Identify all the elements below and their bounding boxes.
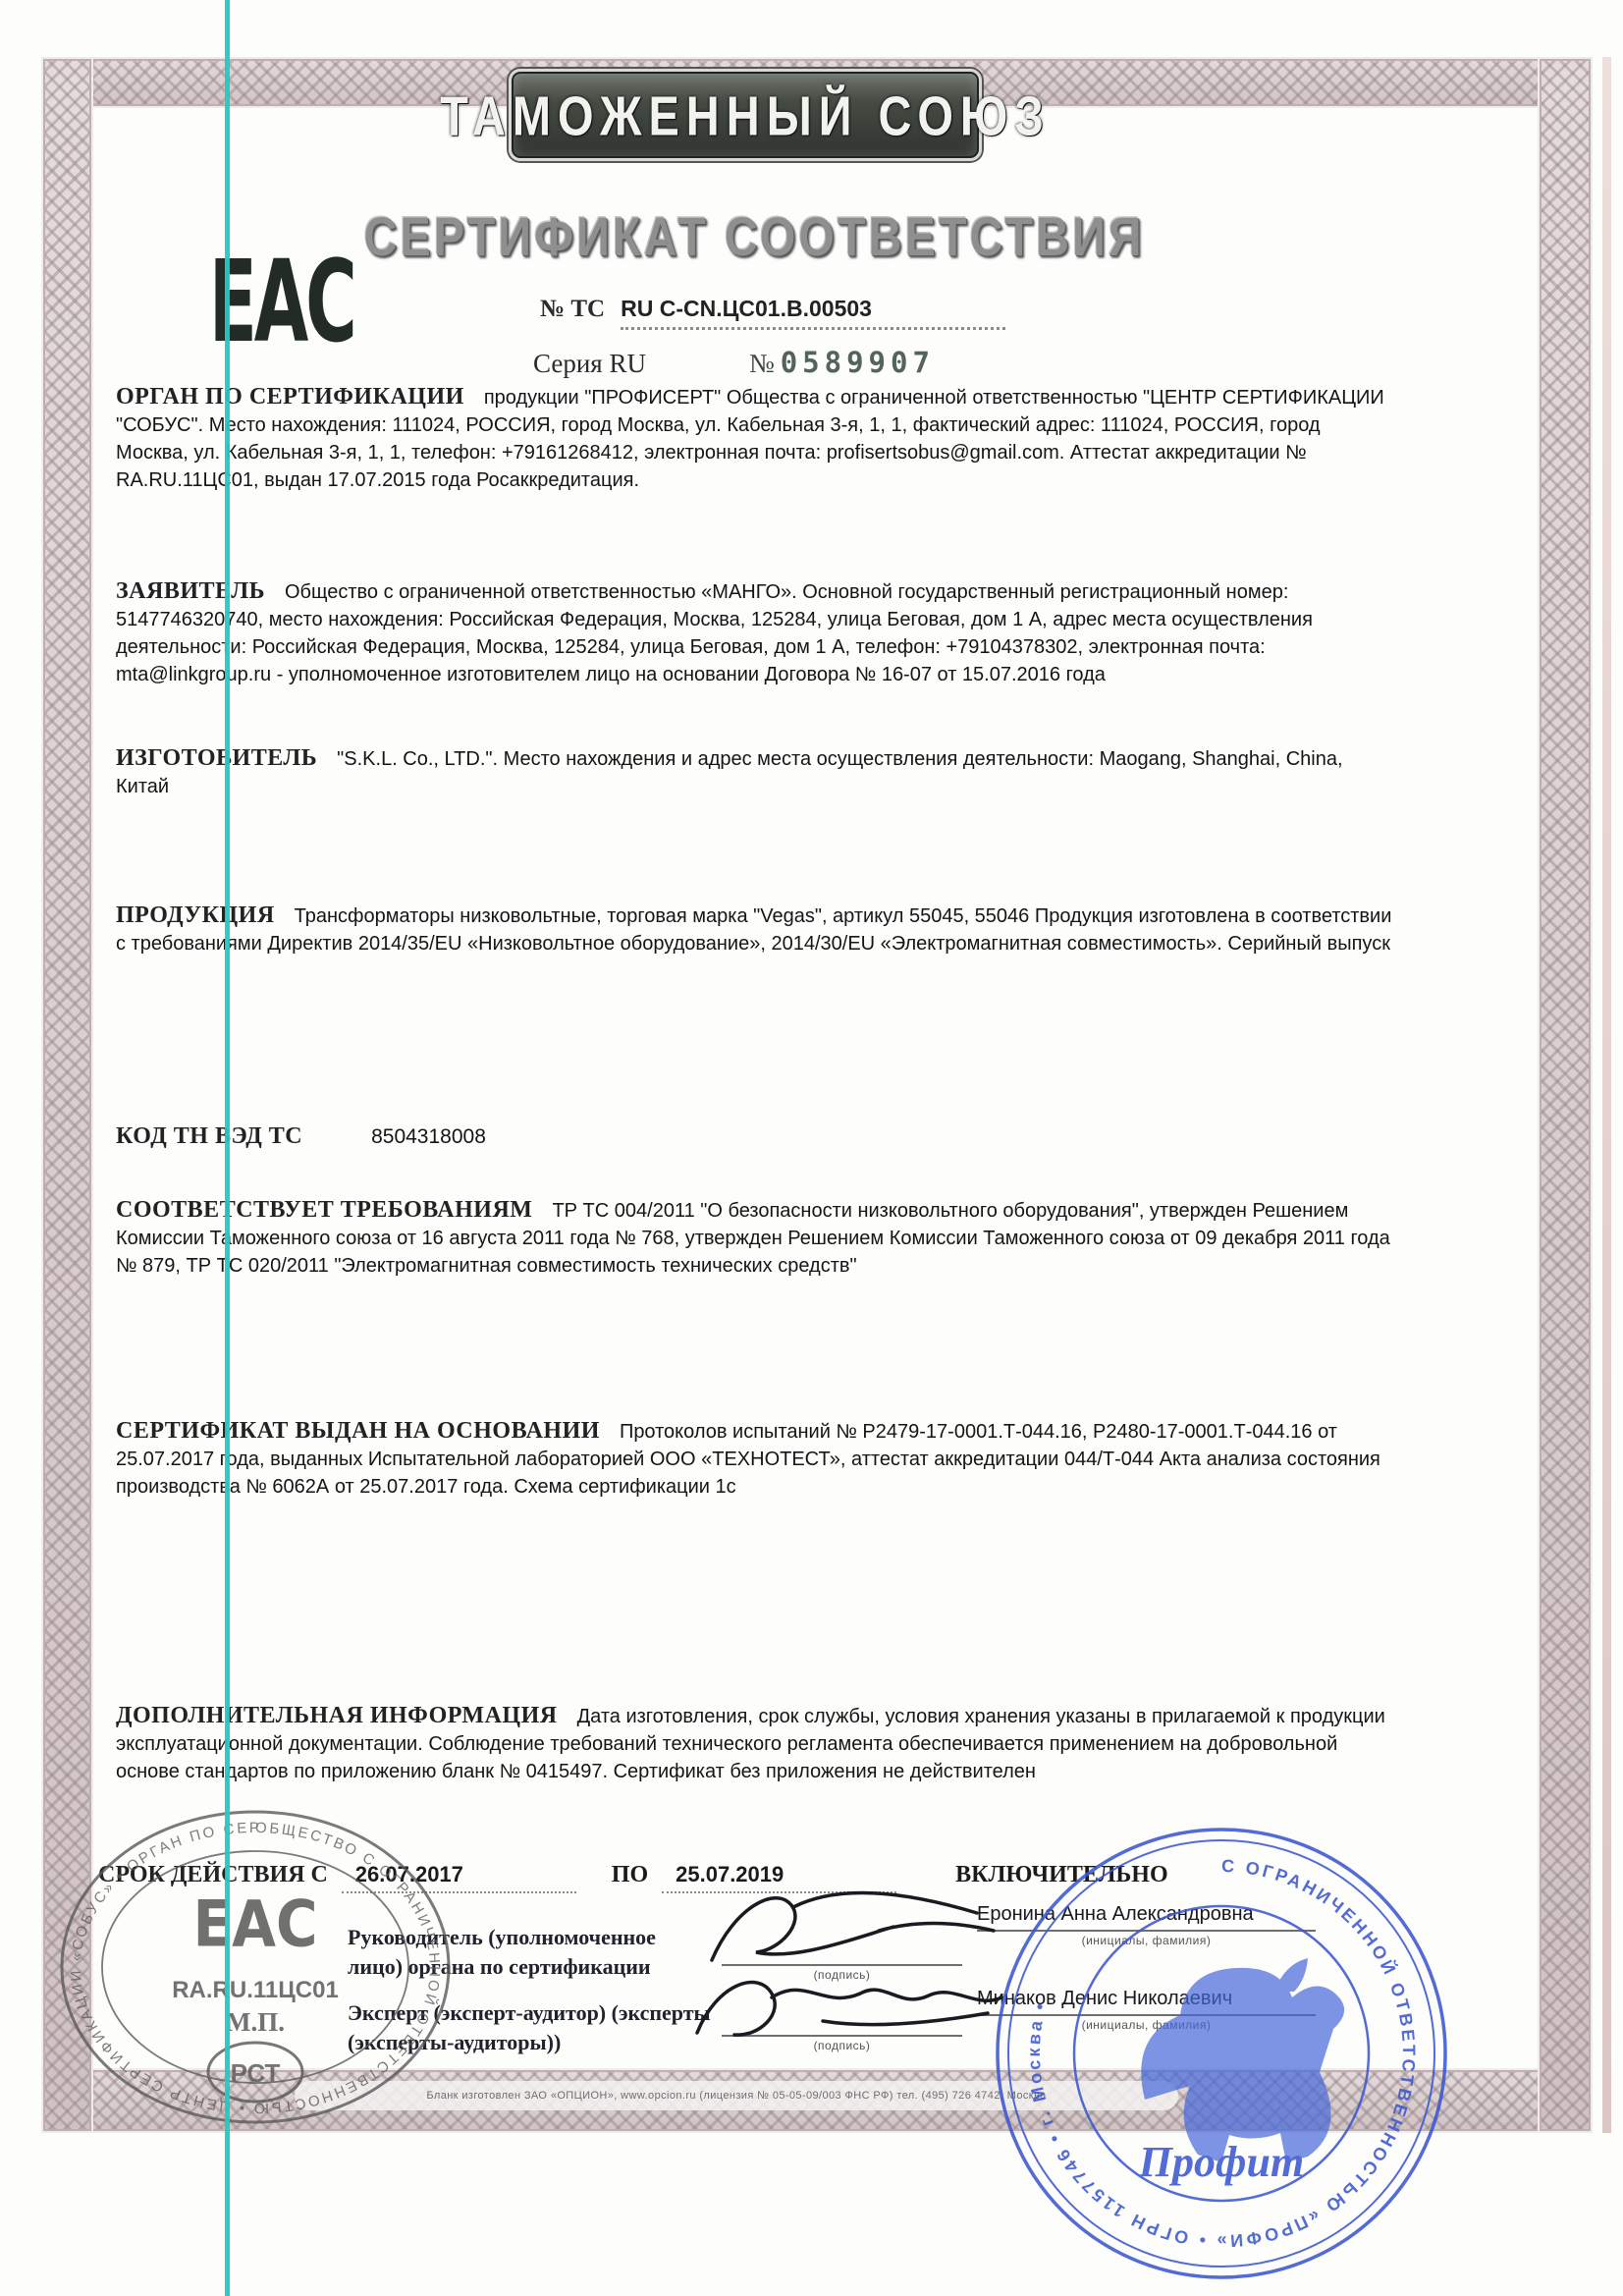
stamp-company-name: Профит — [1138, 2138, 1304, 2186]
series-label: Серия RU — [533, 349, 646, 378]
section-body: Трансформаторы низковольтные, торговая м… — [116, 905, 1391, 955]
certificate-page: ТАМОЖЕННЫЙ СОЮЗ ЕАС СЕРТИФИКАТ СООТВЕТСТ… — [0, 0, 1623, 2296]
section-label: СЕРТИФИКАТ ВЫДАН НА ОСНОВАНИИ — [116, 1418, 620, 1444]
section-label: КОД ТН ВЭД ТС — [116, 1123, 322, 1149]
profi-company-stamp-icon: С ОГРАНИЧЕННОЙ ОТВЕТСТВЕННОСТЬЮ «ПРОФИ» … — [980, 1815, 1463, 2292]
border-right — [1538, 57, 1593, 2133]
page-title: СЕРТИФИКАТ СООТВЕТСТВИЯ — [116, 204, 1392, 268]
section-complies-with: СООТВЕТСТВУЕТ ТРЕБОВАНИЯМТР ТС 004/2011 … — [116, 1196, 1395, 1280]
elephant-icon — [1141, 1958, 1344, 2162]
section-label: СООТВЕТСТВУЕТ ТРЕБОВАНИЯМ — [116, 1197, 552, 1223]
customs-union-badge: ТАМОЖЕННЫЙ СОЮЗ — [509, 69, 982, 161]
stamp-eac-text: ЕАС — [192, 1886, 317, 1961]
certification-body-stamp-icon: ОБЩЕСТВО С ОГРАНИЧЕННОЙ ОТВЕТСТВЕННОСТЬЮ… — [54, 1805, 457, 2129]
section-label: ЗАЯВИТЕЛЬ — [116, 578, 285, 604]
validity-po-label: ПО — [612, 1862, 648, 1887]
cert-number-label: № ТС — [540, 296, 605, 322]
section-tnved-code: КОД ТН ВЭД ТС8504318008 — [116, 1122, 1395, 1151]
series-no-sign: № — [749, 349, 775, 378]
section-manufacturer: ИЗГОТОВИТЕЛЬ"S.K.L. Co., LTD.". Место на… — [116, 744, 1395, 800]
section-issued-on-basis: СЕРТИФИКАТ ВЫДАН НА ОСНОВАНИИПротоколов … — [116, 1417, 1395, 1501]
section-additional-info: ДОПОЛНИТЕЛЬНАЯ ИНФОРМАЦИЯДата изготовлен… — [116, 1702, 1395, 1785]
section-body: Общество с ограниченной ответственностью… — [116, 581, 1313, 685]
section-certification-body: ОРГАН ПО СЕРТИФИКАЦИИпродукции "ПРОФИСЕР… — [116, 383, 1395, 494]
scanner-line-artifact — [225, 0, 230, 2296]
expert-signature-icon — [676, 1952, 1009, 2055]
section-label: ПРОДУКЦИЯ — [116, 902, 295, 928]
section-applicant: ЗАЯВИТЕЛЬОбщество с ограниченной ответст… — [116, 577, 1395, 688]
customs-union-badge-label: ТАМОЖЕННЫЙ СОЮЗ — [440, 82, 1051, 147]
series-number: 0589907 — [781, 346, 935, 379]
section-label: ДОПОЛНИТЕЛЬНАЯ ИНФОРМАЦИЯ — [116, 1703, 577, 1728]
stamp-rst-text: РСТ — [231, 2058, 281, 2088]
cert-number-value: RU C-CN.ЦС01.B.00503 — [621, 296, 1005, 330]
series-row: Серия RU№0589907 — [533, 346, 935, 379]
section-body: 8504318008 — [371, 1125, 486, 1148]
stamp-reg-no: RA.RU.11ЦС01 — [172, 1977, 339, 2003]
section-label: ОРГАН ПО СЕРТИФИКАЦИИ — [116, 384, 484, 410]
stamp-mp-text: М.П. — [226, 2007, 285, 2037]
certificate-number-row: № ТСRU C-CN.ЦС01.B.00503 — [540, 295, 1005, 330]
section-products: ПРОДУКЦИЯТрансформаторы низковольтные, т… — [116, 902, 1395, 957]
border-right-thin — [1602, 57, 1611, 2133]
